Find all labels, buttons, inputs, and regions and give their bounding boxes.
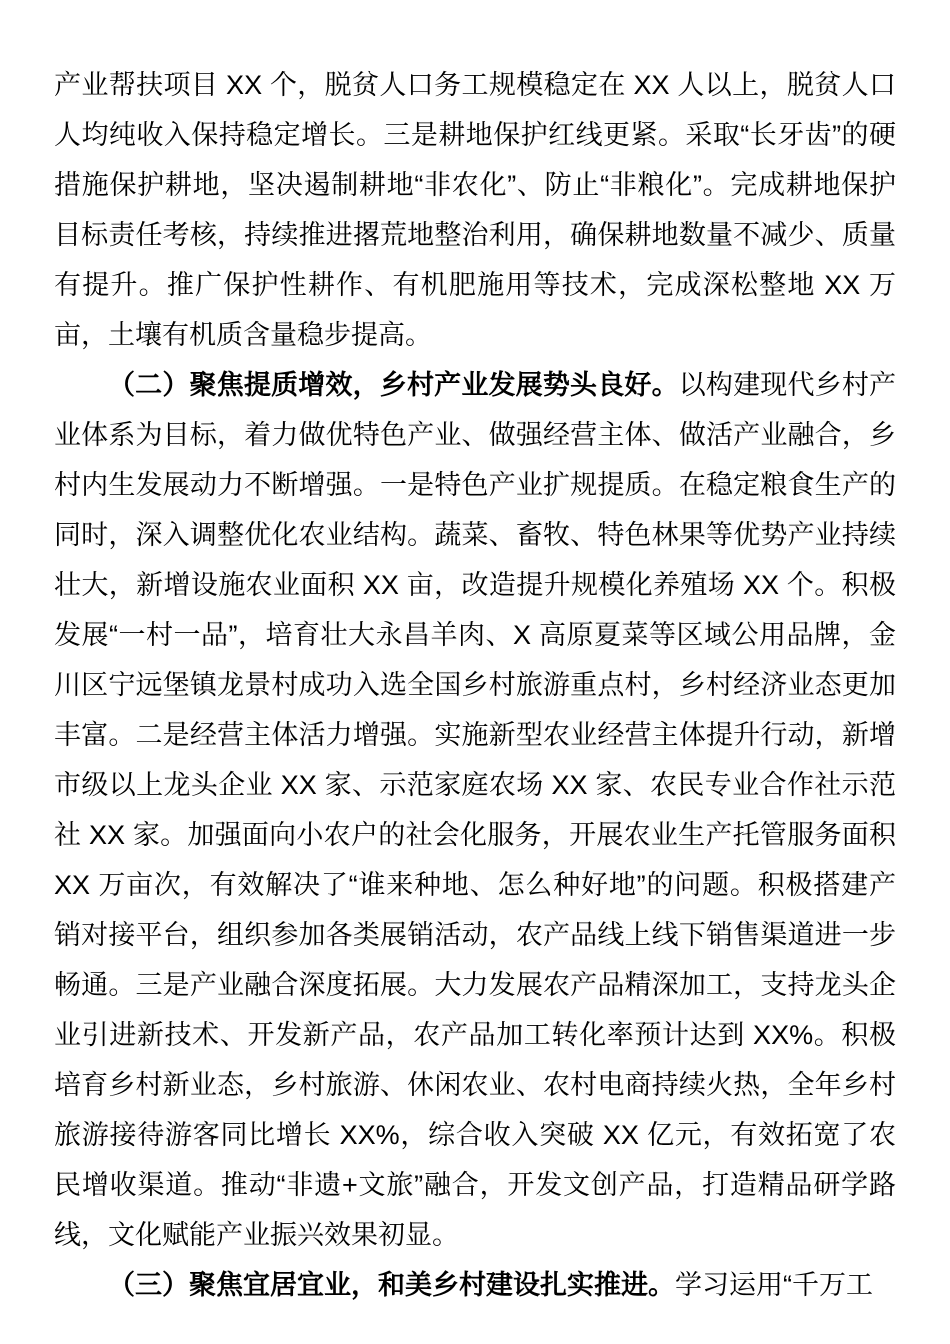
text-run: 产业帮扶项目 XX 个，脱贫人口务工规模稳定在 XX 人以上，脱贫人口人均纯收入…	[54, 70, 896, 350]
paragraph-section-3: （三）聚焦宜居宜业，和美乡村建设扎实推进。学习运用“千万工	[54, 1260, 896, 1310]
text-run: 学习运用“千万工	[675, 1270, 873, 1300]
text-run: 以构建现代乡村产业体系为目标，着力做优特色产业、做强经营主体、做活产业融合，乡村…	[54, 370, 896, 1250]
paragraph-continuation: 产业帮扶项目 XX 个，脱贫人口务工规模稳定在 XX 人以上，脱贫人口人均纯收入…	[54, 60, 896, 360]
section-2-heading: （二）聚焦提质增效，乡村产业发展势头良好。	[108, 370, 679, 400]
paragraph-section-2: （二）聚焦提质增效，乡村产业发展势头良好。以构建现代乡村产业体系为目标，着力做优…	[54, 360, 896, 1260]
document-page: 产业帮扶项目 XX 个，脱贫人口务工规模稳定在 XX 人以上，脱贫人口人均纯收入…	[0, 0, 950, 1344]
section-3-heading: （三）聚焦宜居宜业，和美乡村建设扎实推进。	[108, 1270, 675, 1300]
